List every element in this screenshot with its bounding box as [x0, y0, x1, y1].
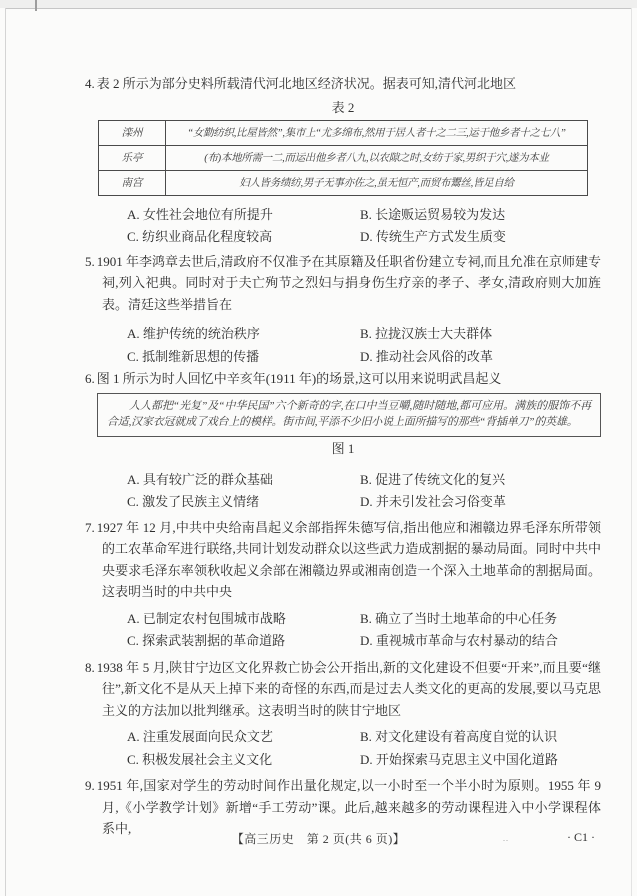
option-c: C. 抵制维新思想的传播: [127, 346, 360, 369]
option-a: A. 已制定农村包围城市战略: [127, 608, 360, 631]
footer-paper-code: · C1 ·: [567, 830, 595, 845]
question-4-options: A. 女性社会地位有所提升 B. 长途贩运贸易较为发达 C. 纺织业商品化程度较…: [127, 204, 601, 249]
figure-1-caption: 图 1: [85, 440, 601, 458]
table-row: 乐亭 (布)本地所需一二,而运出他乡者八九,以农隙之时,女纺于家,男织于穴,遂为…: [99, 145, 588, 170]
question-8: 8.1938 年 5 月,陕甘宁边区文化界救亡协会公开指出,新的文化建设不但要“…: [85, 657, 601, 772]
question-7-options: A. 已制定农村包围城市战略 B. 确立了当时土地革命的中心任务 C. 探索武装…: [127, 608, 601, 653]
question-4-stem: 4.表 2 所示为部分史料所载清代河北地区经济状况。据表可知,清代河北地区: [85, 73, 601, 95]
table-cell-desc: “女勤纺织,比屋皆然”,集市上“尤多绵布,然用于居人者十之二三,运于他乡者十之七…: [166, 120, 588, 145]
question-5-number: 5.: [85, 254, 97, 269]
option-d: D. 开始探索马克思主义中国化道路: [360, 749, 601, 772]
table-cell-desc: 妇人皆务绩纺,男子无事亦佐之,虽无恒产,而贸布鬻丝,皆足自给: [166, 170, 588, 195]
scan-edge-right: [631, 8, 632, 896]
option-d: D. 重视城市革命与农村暴动的结合: [360, 630, 601, 653]
table-row: 滦州 “女勤纺织,比屋皆然”,集市上“尤多绵布,然用于居人者十之二三,运于他乡者…: [99, 120, 588, 145]
quote-text: 人人都把“光复”及“中华民国”六个新奇的字,在口中当豆嚼,随时随地,都可应用。满…: [107, 398, 591, 431]
exam-content: 4.表 2 所示为部分史料所载清代河北地区经济状况。据表可知,清代河北地区 表 …: [85, 73, 601, 840]
question-4-text: 表 2 所示为部分史料所载清代河北地区经济状况。据表可知,清代河北地区: [97, 76, 516, 91]
footer-page-info: 【高三历史 第 2 页(共 6 页)】: [0, 830, 637, 847]
registration-mark: [35, 0, 37, 11]
question-9-number: 9.: [85, 778, 97, 793]
question-6: 6.图 1 所示为时人回忆中辛亥年(1911 年)的场景,这可以用来说明武昌起义…: [85, 368, 601, 514]
option-b: B. 拉拢汉族士大夫群体: [360, 323, 601, 346]
table-cell-place: 南宫: [99, 170, 166, 195]
question-8-text: 1938 年 5 月,陕甘宁边区文化界救亡协会公开指出,新的文化建设不但要“开来…: [97, 660, 601, 718]
table-2-caption: 表 2: [85, 99, 601, 117]
question-6-text: 图 1 所示为时人回忆中辛亥年(1911 年)的场景,这可以用来说明武昌起义: [97, 371, 502, 386]
option-a: A. 女性社会地位有所提升: [127, 204, 360, 227]
option-b: B. 长途贩运贸易较为发达: [360, 204, 601, 227]
table-cell-place: 乐亭: [99, 145, 166, 170]
source-table: 滦州 “女勤纺织,比屋皆然”,集市上“尤多绵布,然用于居人者十之二三,运于他乡者…: [98, 120, 588, 196]
question-9-text: 1951 年,国家对学生的劳动时间作出量化规定,以一小时至一个半小时为原则。19…: [97, 778, 601, 836]
exam-page-scan: 4.表 2 所示为部分史料所载清代河北地区经济状况。据表可知,清代河北地区 表 …: [0, 0, 637, 896]
question-8-number: 8.: [85, 660, 97, 675]
option-b: B. 对文化建设有着高度自觉的认识: [360, 726, 601, 749]
table-row: 南宫 妇人皆务绩纺,男子无事亦佐之,虽无恒产,而贸布鬻丝,皆足自给: [99, 170, 588, 195]
table-cell-place: 滦州: [99, 120, 166, 145]
option-c: C. 探索武装割据的革命道路: [127, 630, 360, 653]
question-4: 4.表 2 所示为部分史料所载清代河北地区经济状况。据表可知,清代河北地区 表 …: [85, 73, 601, 249]
question-6-options: A. 具有较广泛的群众基础 B. 促进了传统文化的复兴 C. 激发了民族主义情绪…: [127, 469, 601, 514]
question-5: 5.1901 年李鸿章去世后,清政府不仅准予在其原籍及任职省份建立专祠,而且允准…: [85, 251, 601, 369]
option-d: D. 传统生产方式发生质变: [360, 226, 601, 249]
question-6-stem: 6.图 1 所示为时人回忆中辛亥年(1911 年)的场景,这可以用来说明武昌起义: [85, 368, 601, 390]
question-7: 7.1927 年 12 月,中共中央给南昌起义余部指挥朱德写信,指出他应和湘赣边…: [85, 517, 601, 653]
scan-edge-top: [5, 8, 632, 9]
option-c: C. 纺织业商品化程度较高: [127, 226, 360, 249]
question-7-stem: 7.1927 年 12 月,中共中央给南昌起义余部指挥朱德写信,指出他应和湘赣边…: [85, 517, 601, 603]
question-7-text: 1927 年 12 月,中共中央给南昌起义余部指挥朱德写信,指出他应和湘赣边界毛…: [97, 520, 601, 600]
question-8-options: A. 注重发展面向民众文艺 B. 对文化建设有着高度自觉的认识 C. 积极发展社…: [127, 726, 601, 771]
table-cell-desc: (布)本地所需一二,而运出他乡者八九,以农隙之时,女纺于家,男织于穴,遂为本业: [166, 145, 588, 170]
question-5-stem: 5.1901 年李鸿章去世后,清政府不仅准予在其原籍及任职省份建立专祠,而且允准…: [85, 251, 601, 316]
option-d: D. 推动社会风俗的改革: [360, 346, 601, 369]
option-a: A. 维护传统的统治秩序: [127, 323, 360, 346]
question-7-number: 7.: [85, 520, 97, 535]
footer-dots: ..: [503, 834, 509, 843]
question-6-number: 6.: [85, 371, 97, 386]
option-c: C. 激发了民族主义情绪: [127, 491, 360, 514]
question-4-number: 4.: [85, 76, 97, 91]
option-c: C. 积极发展社会主义文化: [127, 749, 360, 772]
scan-edge-left: [5, 8, 6, 896]
page-footer: 【高三历史 第 2 页(共 6 页)】 .. · C1 ·: [0, 830, 637, 850]
option-a: A. 注重发展面向民众文艺: [127, 726, 360, 749]
figure-1-quote-box: 人人都把“光复”及“中华民国”六个新奇的字,在口中当豆嚼,随时随地,都可应用。满…: [97, 393, 601, 437]
option-b: B. 确立了当时土地革命的中心任务: [360, 608, 601, 631]
question-5-text: 1901 年李鸿章去世后,清政府不仅准予在其原籍及任职省份建立专祠,而且允准在京…: [97, 254, 601, 312]
scan-top-strip: [0, 0, 637, 8]
option-d: D. 并未引发社会习俗变革: [360, 491, 601, 514]
question-8-stem: 8.1938 年 5 月,陕甘宁边区文化界救亡协会公开指出,新的文化建设不但要“…: [85, 657, 601, 722]
option-a: A. 具有较广泛的群众基础: [127, 469, 360, 492]
question-5-options: A. 维护传统的统治秩序 B. 拉拢汉族士大夫群体 C. 抵制维新思想的传播 D…: [127, 323, 601, 368]
option-b: B. 促进了传统文化的复兴: [360, 469, 601, 492]
